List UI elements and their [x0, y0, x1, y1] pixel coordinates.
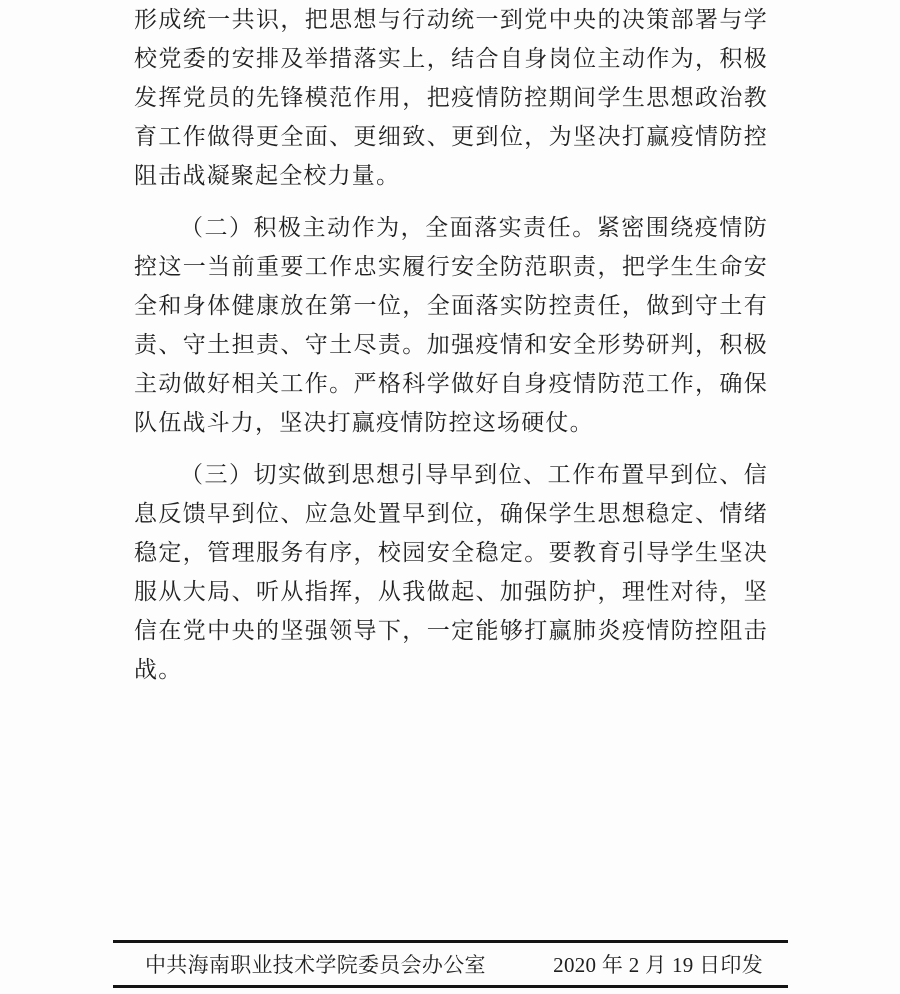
document-page: 形成统一共识，把思想与行动统一到党中央的决策部署与学校党委的安排及举措落实上，结… — [0, 0, 900, 994]
colophon: 中共海南职业技术学院委员会办公室 2020 年 2 月 19 日印发 — [113, 940, 788, 988]
paragraph-continuation: 形成统一共识，把思想与行动统一到党中央的决策部署与学校党委的安排及举措落实上，结… — [134, 0, 768, 195]
document-body: 形成统一共识，把思想与行动统一到党中央的决策部署与学校党委的安排及举措落实上，结… — [134, 0, 768, 689]
paragraph-item-2: （二）积极主动作为，全面落实责任。紧密围绕疫情防控这一当前重要工作忠实履行安全防… — [134, 208, 768, 442]
print-date: 2020 年 2 月 19 日印发 — [553, 949, 788, 979]
paragraph-item-3: （三）切实做到思想引导早到位、工作布置早到位、信息反馈早到位、应急处置早到位，确… — [134, 455, 768, 689]
issuing-office: 中共海南职业技术学院委员会办公室 — [113, 949, 486, 979]
